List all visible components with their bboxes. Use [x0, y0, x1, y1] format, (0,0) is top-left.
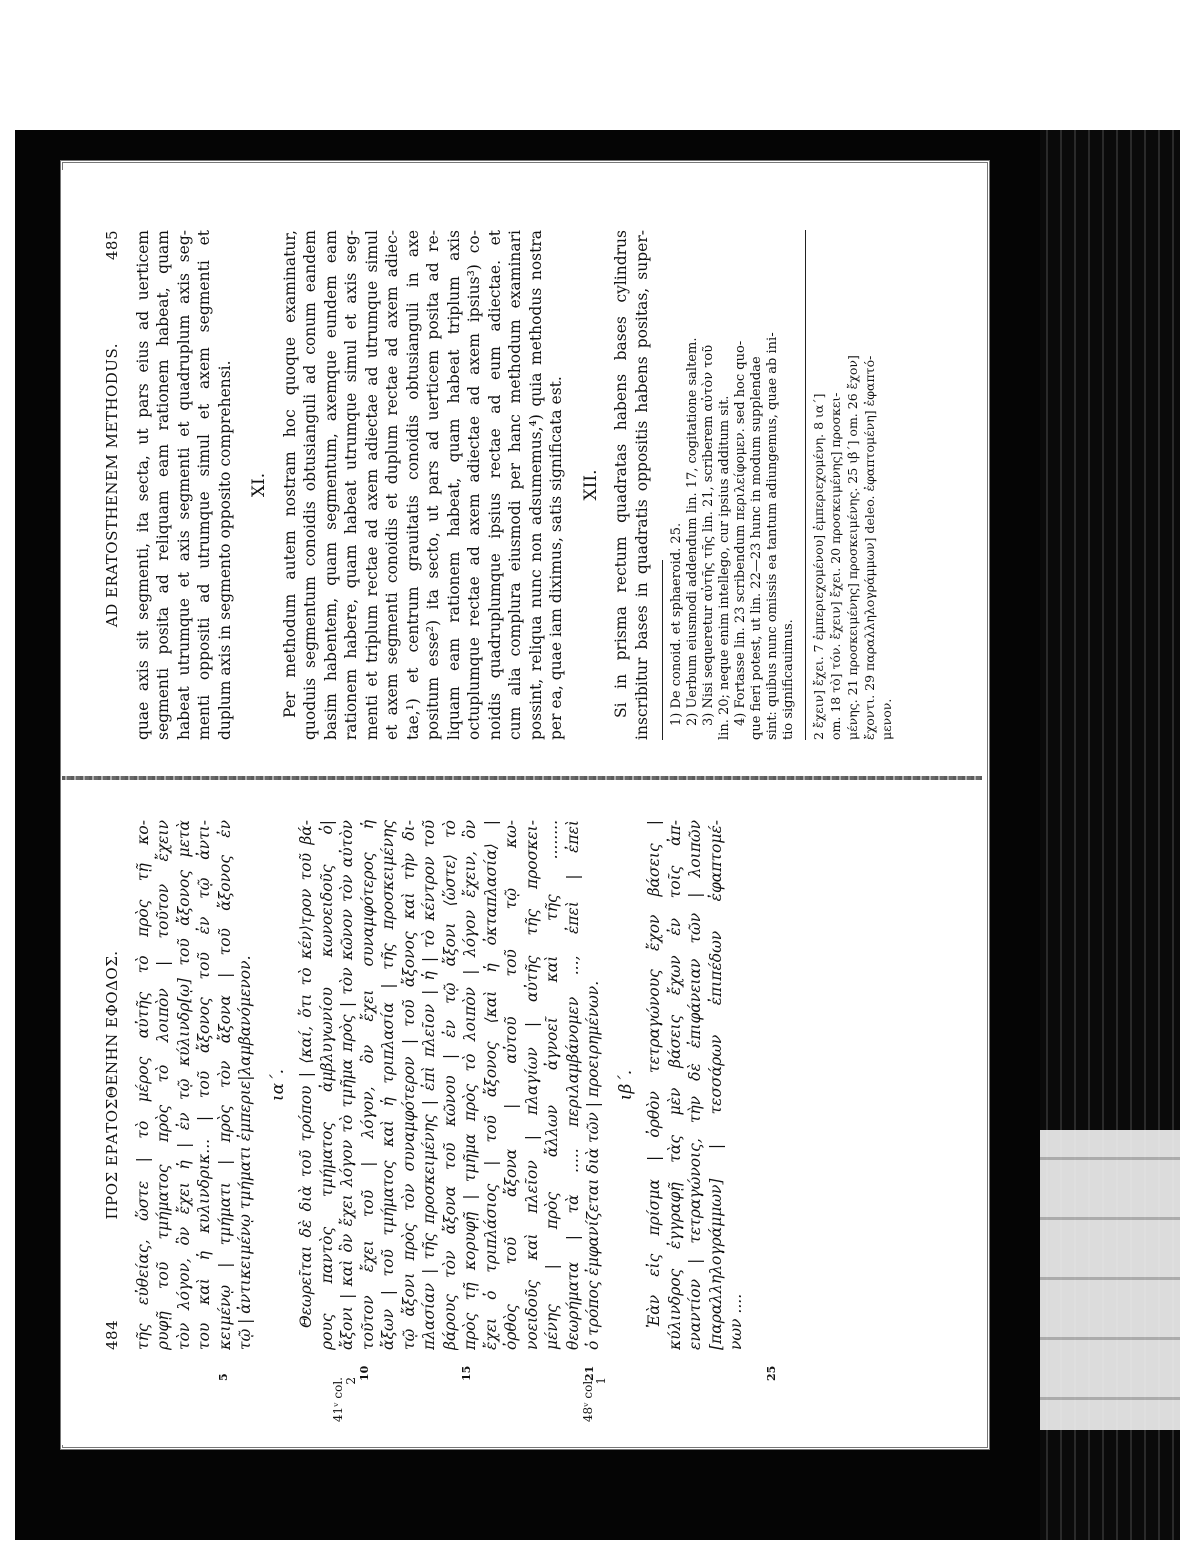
text-line: inscribitur bases in quadratis oppositis…: [632, 230, 653, 740]
right-section-11-heading: XI.: [249, 230, 270, 740]
text-line: habeat utrumque et axis segmenti et quad…: [174, 230, 195, 740]
left-page-number: 484: [102, 1320, 123, 1350]
text-line: ἄξων | τοῦ τμήματος καὶ ἡ τριπλασία | τῆ…: [378, 820, 399, 1350]
left-intro-text: τῆς εὐθείας, ὥστε | τὸ μέρος αὐτῆς τὸ πρ…: [133, 820, 256, 1350]
text-line: cum alia complura eiusmodi per hanc meth…: [505, 230, 526, 740]
footnote: sint: quibus nunc omissis ea tantum adiu…: [765, 230, 781, 740]
text-line: ρους παντὸς τμήματος ἀμβλυγωνίου κωνοειδ…: [317, 820, 338, 1350]
text-line: positum esse²) ita secto, ut pars ad uer…: [423, 230, 444, 740]
left-section-12-heading: ιβ΄.: [616, 820, 637, 1350]
text-line: Ἐὰν εἰς πρίσμα | ὀρθὸν τετραγώνους ἔχον …: [644, 820, 665, 1350]
text-line: θεωρήματα | τὰ ..... περιλαμβάνομεν ...,…: [563, 820, 584, 1350]
text-line: octuplumque rectae ad axem adiectae ad a…: [464, 230, 485, 740]
apparatus-line: ἔχοντι. 29 παραλληλογράμμων] deleo. ἐφαπ…: [861, 230, 878, 740]
apparatus-line: μενον.: [878, 230, 895, 740]
right-page-number: 485: [102, 230, 123, 260]
text-line: rationem habere, quam habeat utrumque si…: [341, 230, 362, 740]
footnote: 4) Fortasse lin. 23 scribendum περιλείφο…: [733, 230, 749, 740]
footnote-rule: [662, 560, 663, 740]
text-line: εναντίον | τετραγώνοις, τὴν δὲ ἐπιφάνεια…: [685, 820, 706, 1350]
line-number: 10: [355, 1366, 376, 1381]
margin-marker-41v: 41ᵛ col. 2: [332, 1377, 358, 1425]
text-line: τῷ ἄξονι πρὸς τὸν συναμφότερον | τοῦ ἄξο…: [399, 820, 420, 1350]
text-line: segmenti posita ad reliquam eam rationem…: [153, 230, 174, 740]
text-line: βάρους τὸν ἄξονα τοῦ κῶνου | ἐν τῷ ἄξονι…: [440, 820, 461, 1350]
text-line: possint, reliqua nunc non adsumemus,⁴) q…: [526, 230, 547, 740]
apparatus-line: om. 18 τὸ] τόν. ἔχειν] ἔχει. 20 προσκειμ…: [827, 230, 844, 740]
text-line: liquam eam rationem habeat, quam habeat …: [444, 230, 465, 740]
text-line: νων ....: [726, 820, 747, 1350]
margin-marker-48v: 48ᵛ col. 1: [582, 1377, 608, 1425]
right-intro-text: quae axis sit segmenti, ita secta, ut pa…: [133, 230, 236, 740]
text-line: κειμένῳ | τμήματι | πρὸς τὸν ἄξονα | τοῦ…: [215, 820, 236, 1350]
text-line: quoduis segmentum conoidis obtusianguli …: [300, 230, 321, 740]
left-page: 484 ΠΡΟΣ ΕΡΑΤΟΣΘΕΝΗΝ ΕΦΟΔΟΣ. τῆς εὐθείας…: [62, 780, 982, 1445]
text-line: κύλινδρος ἐγγραφῇ τὰς μὲν βάσεις ἔχων ἐν…: [665, 820, 686, 1350]
left-section-12-text: Ἐὰν εἰς πρίσμα | ὀρθὸν τετραγώνους ἔχον …: [644, 820, 747, 1350]
left-section-11-heading: ια΄.: [268, 820, 289, 1350]
right-page: AD ERATOSTHENEM METHODUS. 485 quae axis …: [62, 170, 982, 780]
book-spread: 484 ΠΡΟΣ ΕΡΑΤΟΣΘΕΝΗΝ ΕΦΟΔΟΣ. τῆς εὐθείας…: [62, 170, 982, 1445]
right-running-head: AD ERATOSTHENEM METHODUS. 485: [102, 230, 123, 740]
text-line: per ea, quae iam diximus, satis signific…: [546, 230, 567, 740]
text-line: ὀρθὸς τοῦ ἄξονα | αὐτοῦ τοῦ τῷ κω-: [501, 820, 522, 1350]
text-line: Θεωρεῖται δὲ διὰ τοῦ τρόπου | ⟨καί, ὅτι …: [296, 820, 317, 1350]
apparatus-line: 2 ἔχειν] ἔχει. 7 ἐμπεριεχομένου] ἐμπεριε…: [810, 230, 827, 740]
text-line: et axem segmenti conoidis et duplum rect…: [382, 230, 403, 740]
text-line: menti oppositi ad utrumque simul et axem…: [194, 230, 215, 740]
critical-apparatus: 2 ἔχειν] ἔχει. 7 ἐμπεριεχομένου] ἐμπεριε…: [810, 230, 895, 740]
text-line: ρυφῇ τοῦ τμήματος πρὸς τὸ λοιπὸν | τοῦτο…: [153, 820, 174, 1350]
text-line: τοῦτον ἔχει τοῦ | λόγον, ὃν ἔχει συναμφό…: [358, 820, 379, 1350]
apparatus-rule: [805, 230, 806, 740]
text-line: πλασίαν | τῆς προσκειμένης | ἐπὶ πλεῖον …: [419, 820, 440, 1350]
footnote: tio significauimus.: [781, 230, 797, 740]
left-section-11-text: Θεωρεῖται δὲ διὰ τοῦ τρόπου | ⟨καί, ὅτι …: [296, 820, 604, 1350]
footnote: lin. 20; neque enim intellego, cur ipsiu…: [717, 230, 733, 740]
text-line: noidis quadruplumque ipsius rectae ad eu…: [485, 230, 506, 740]
right-section-12-text: Si in prisma rectum quadratas habens bas…: [611, 230, 652, 740]
text-line: πρὸς τῇ κορυφῇ | τμῆμα πρὸς τὸ λοιπὸν | …: [460, 820, 481, 1350]
line-number: 5: [214, 1373, 235, 1381]
text-line: τῆς εὐθείας, ὥστε | τὸ μέρος αὐτῆς τὸ πρ…: [133, 820, 154, 1350]
text-line: τὸν λόγον, ὃν ἔχει ἡ | ἐν τῷ κύλινδρ[ῳ] …: [174, 820, 195, 1350]
text-line: ἄξονι | καὶ ὃν ἔχει λόγον τὸ τμῆμα πρὸς …: [337, 820, 358, 1350]
text-line: tae,¹) et centrum grauitatis conoidis ob…: [403, 230, 424, 740]
footnotes: 1) De conoid. et sphaeroid. 25. 2) Uerbu…: [669, 230, 797, 740]
footnote: que fieri potest, ut lin. 22—23 hunc in …: [749, 230, 765, 740]
text-line: menti et triplum rectae ad axem adiectae…: [362, 230, 383, 740]
text-line: τῷ | ἀντικειμένῳ τμήματι ἐμπεριε|λαμβανό…: [235, 820, 256, 1350]
left-running-head: 484 ΠΡΟΣ ΕΡΑΤΟΣΘΕΝΗΝ ΕΦΟΔΟΣ.: [102, 820, 123, 1350]
text-line: νοειδοῦς καὶ πλεῖον | πλαγίων | αὐτῆς τῆ…: [522, 820, 543, 1350]
text-line: duplum axis in segmento opposito compreh…: [215, 230, 236, 740]
scan-edge-light-streaks: [1040, 1130, 1180, 1430]
text-line: [παραλληλογράμμων] | τεσσάρων ἐπιπέδων ἐ…: [706, 820, 727, 1350]
left-running-title: ΠΡΟΣ ΕΡΑΤΟΣΘΕΝΗΝ ΕΦΟΔΟΣ.: [102, 850, 123, 1320]
text-line: Per methodum autem nostram hoc quoque ex…: [280, 230, 301, 740]
footnote: 2) Uerbum eiusmodi addendum lin. 17, cog…: [685, 230, 701, 740]
text-line: quae axis sit segmenti, ita secta, ut pa…: [133, 230, 154, 740]
right-section-11-text: Per methodum autem nostram hoc quoque ex…: [280, 230, 567, 740]
footnote: 1) De conoid. et sphaeroid. 25.: [669, 230, 685, 740]
text-line: Si in prisma rectum quadratas habens bas…: [611, 230, 632, 740]
right-section-12-heading: XII.: [581, 230, 602, 740]
footnote: 3) Nisi sequeretur αὐτῆς τῆς lin. 21, sc…: [701, 230, 717, 740]
text-line: basim habentem, quam segmentum, axemque …: [321, 230, 342, 740]
text-line: μένης | πρὸς ἄλλων ἀγνοεῖ καὶ τῆς ......…: [542, 820, 563, 1350]
text-line: ἔχει ὁ τριπλάσιος | τοῦ ἄξονος ⟨καὶ ἡ ὀκ…: [481, 820, 502, 1350]
right-running-title: AD ERATOSTHENEM METHODUS.: [102, 260, 123, 710]
line-number: 15: [457, 1366, 478, 1381]
line-number: 25: [762, 1366, 783, 1381]
apparatus-line: μένης. 21 προσκειμένης] προσκειμένης. 25…: [844, 230, 861, 740]
text-line: ὁ τρόπος ἐμφανίζεται διὰ τῶν | προειρημέ…: [583, 820, 604, 1350]
text-line: του καὶ ἡ κυλινδρικ... | τοῦ ἄξονος τοῦ …: [194, 820, 215, 1350]
line-number: 21: [580, 1366, 601, 1381]
